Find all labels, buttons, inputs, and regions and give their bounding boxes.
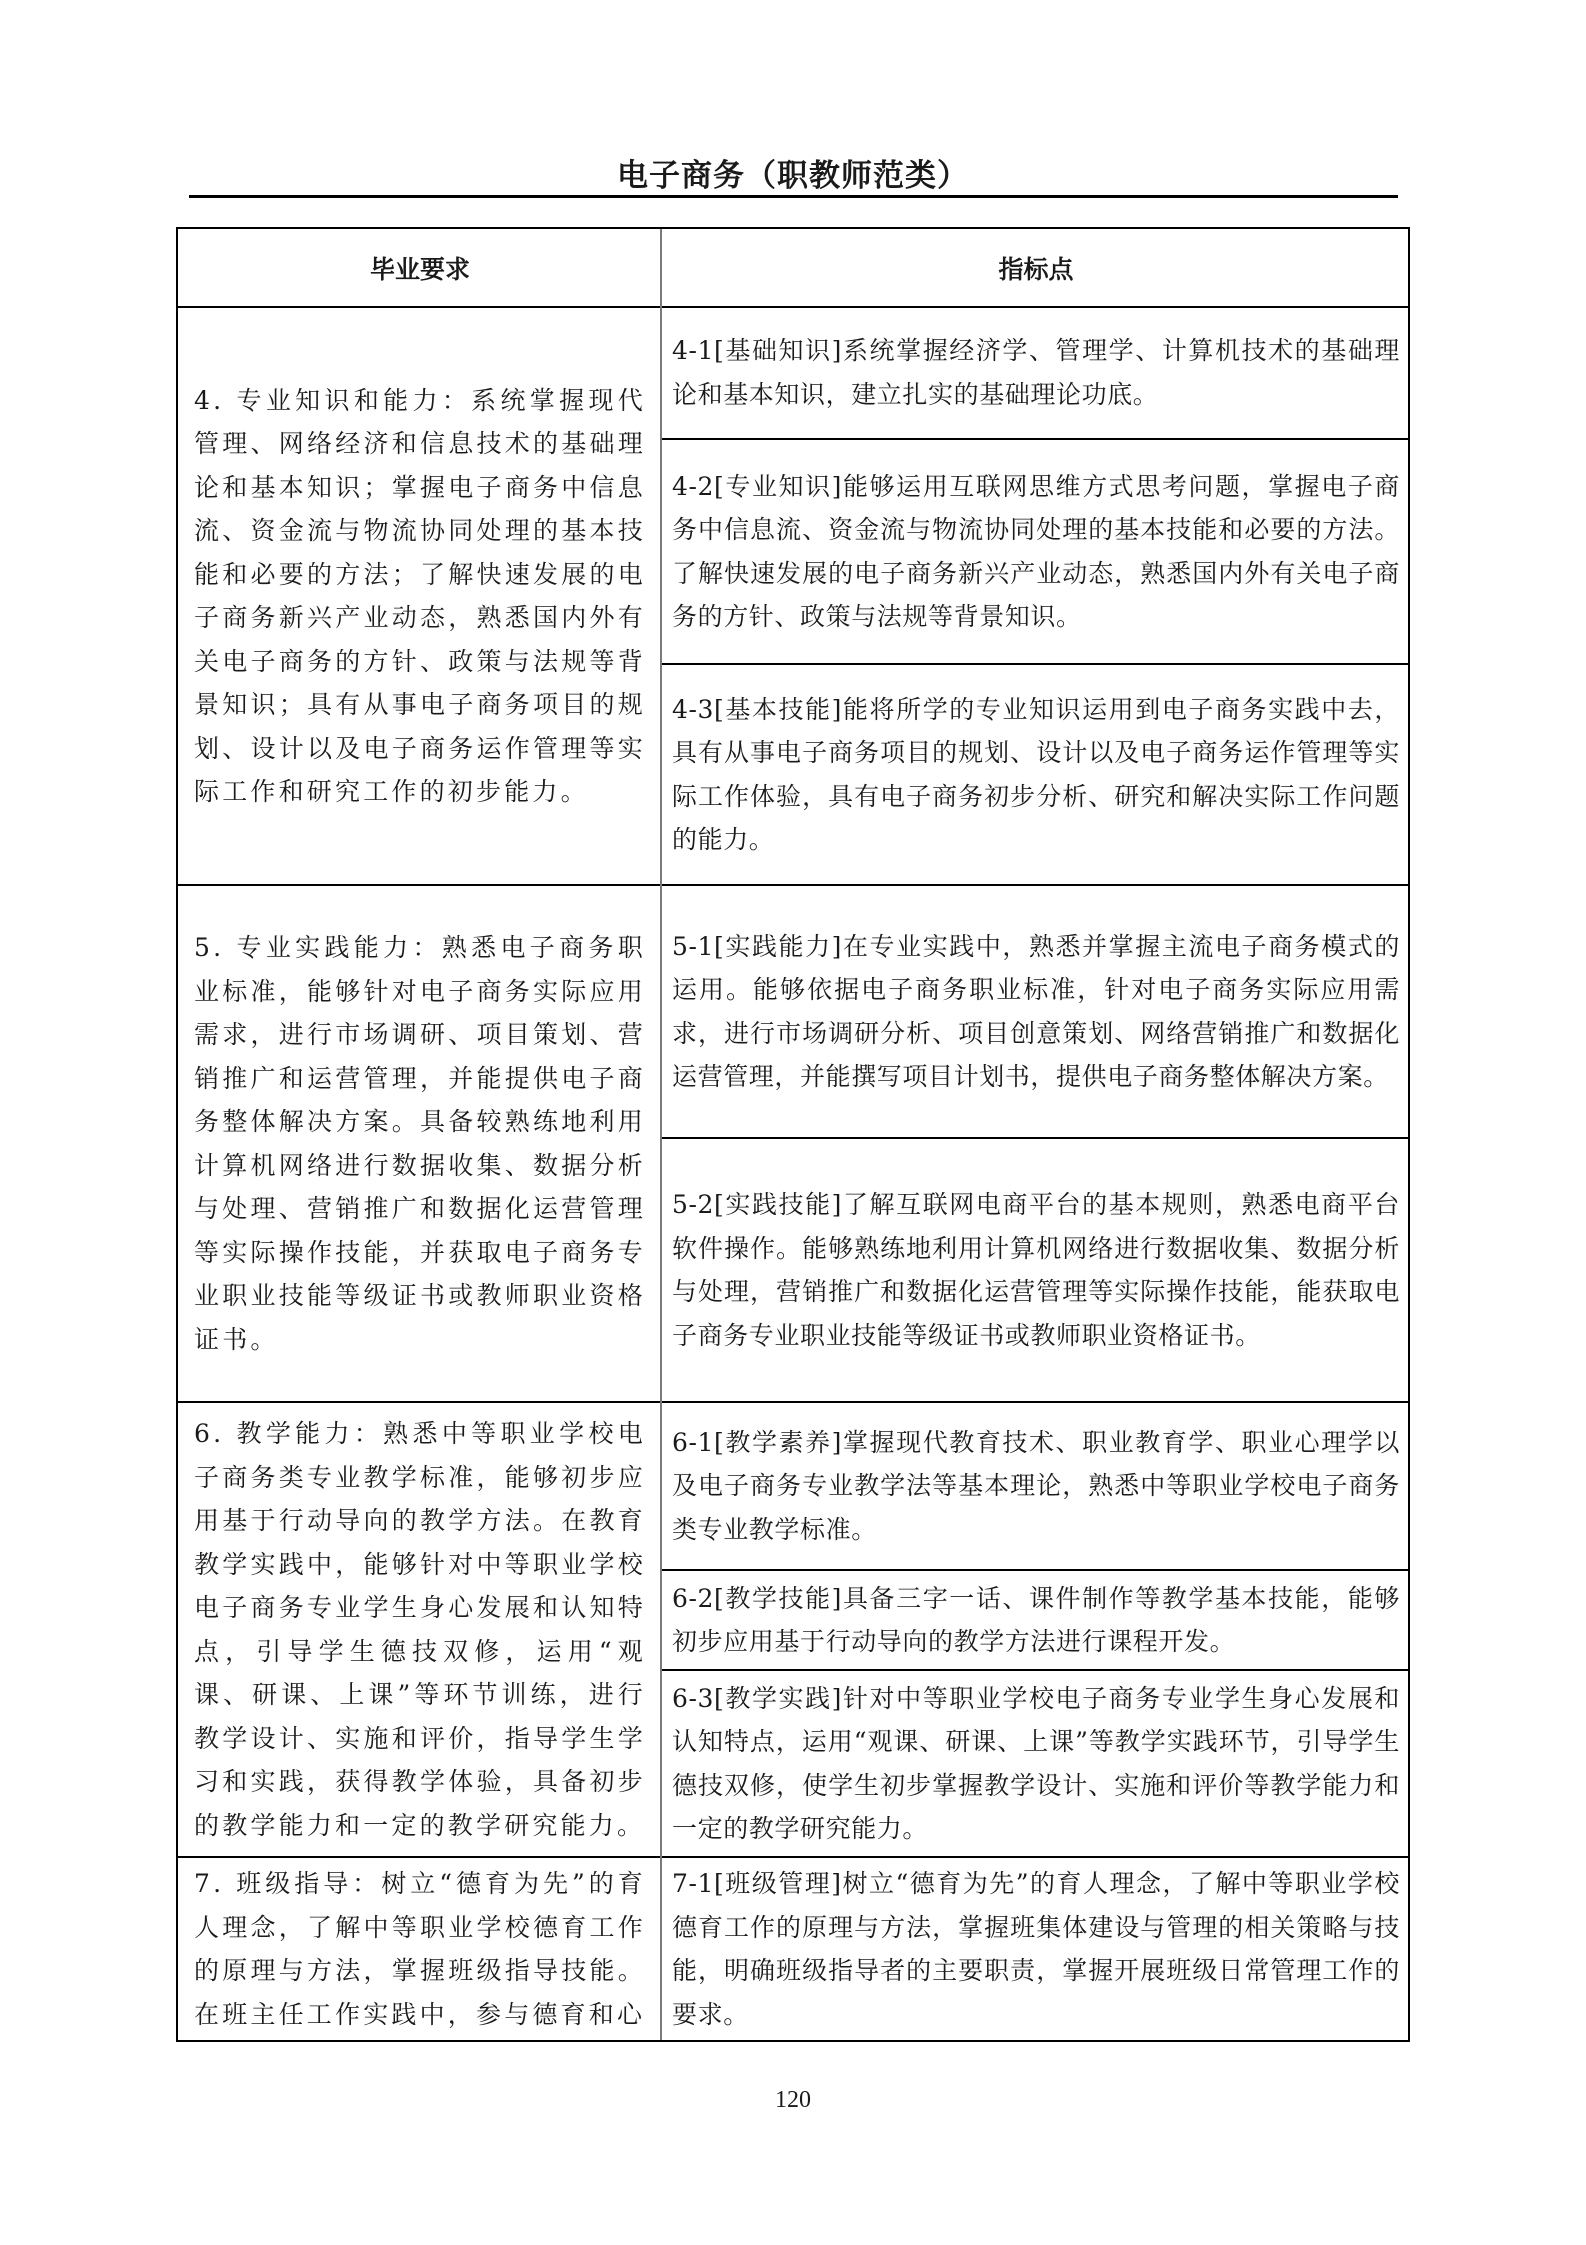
header-requirement: 毕业要求 — [178, 229, 660, 307]
indicator-text: 4-1[基础知识]系统掌握经济学、管理学、计算机技术的基础理论和基本知识，建立扎… — [672, 329, 1400, 416]
indicator-text: 7-1[班级管理]树立“德育为先”的育人理念，了解中等职业学校德育工作的原理与方… — [672, 1862, 1400, 2036]
indicator-cell-6-1: 6-1[教学素养]掌握现代教育技术、职业教育学、职业心理学以及电子商务专业教学法… — [662, 1403, 1410, 1569]
indicator-cell-4-1: 4-1[基础知识]系统掌握经济学、管理学、计算机技术的基础理论和基本知识，建立扎… — [662, 308, 1410, 437]
title-underline — [189, 195, 1398, 198]
indicator-text: 5-2[实践技能]了解互联网电商平台的基本规则，熟悉电商平台软件操作。能够熟练地… — [672, 1183, 1400, 1357]
header-indicator: 指标点 — [662, 229, 1410, 307]
indicator-cell-4-2: 4-2[专业知识]能够运用互联网思维方式思考问题，掌握电子商务中信息流、资金流与… — [662, 440, 1410, 663]
indicator-text: 4-3[基本技能]能将所学的专业知识运用到电子商务实践中去，具有从事电子商务项目… — [672, 688, 1400, 862]
indicator-cell-5-1: 5-1[实践能力]在专业实践中，熟悉并掌握主流电子商务模式的运用。能够依据电子商… — [662, 886, 1410, 1137]
header-requirement-label: 毕业要求 — [370, 250, 470, 286]
indicator-text: 6-3[教学实践]针对中等职业学校电子商务专业学生身心发展和认知特点，运用“观课… — [672, 1677, 1400, 1851]
graduation-requirements-table: 毕业要求 指标点 4. 专业知识和能力：系统掌握现代管理、网络经济和信息技术的基… — [176, 227, 1410, 2042]
requirement-cell-4: 4. 专业知识和能力：系统掌握现代管理、网络经济和信息技术的基础理论和基本知识；… — [178, 308, 660, 884]
indicator-cell-4-3: 4-3[基本技能]能将所学的专业知识运用到电子商务实践中去，具有从事电子商务项目… — [662, 665, 1410, 884]
indicator-cell-5-2: 5-2[实践技能]了解互联网电商平台的基本规则，熟悉电商平台软件操作。能够熟练地… — [662, 1139, 1410, 1401]
page-title: 电子商务（职教师范类） — [0, 150, 1586, 195]
indicator-text: 6-1[教学素养]掌握现代教育技术、职业教育学、职业心理学以及电子商务专业教学法… — [672, 1421, 1400, 1552]
indicator-cell-7-1: 7-1[班级管理]树立“德育为先”的育人理念，了解中等职业学校德育工作的原理与方… — [662, 1858, 1410, 2040]
requirement-cell-7: 7. 班级指导：树立“德育为先”的育人理念，了解中等职业学校德育工作的原理与方法… — [178, 1858, 660, 2040]
requirement-cell-6: 6. 教学能力：熟悉中等职业学校电子商务类专业教学标准，能够初步应用基于行动导向… — [178, 1403, 660, 1856]
indicator-text: 4-2[专业知识]能够运用互联网思维方式思考问题，掌握电子商务中信息流、资金流与… — [672, 465, 1400, 639]
requirement-cell-5: 5. 专业实践能力：熟悉电子商务职业标准，能够针对电子商务实际应用需求，进行市场… — [178, 886, 660, 1401]
requirement-text: 4. 专业知识和能力：系统掌握现代管理、网络经济和信息技术的基础理论和基本知识；… — [194, 379, 646, 814]
indicator-text: 6-2[教学技能]具备三字一话、课件制作等教学基本技能，能够初步应用基于行动导向… — [672, 1577, 1400, 1664]
indicator-cell-6-3: 6-3[教学实践]针对中等职业学校电子商务专业学生身心发展和认知特点，运用“观课… — [662, 1671, 1410, 1856]
column-divider — [660, 229, 662, 2040]
header-indicator-label: 指标点 — [998, 250, 1073, 286]
indicator-cell-6-2: 6-2[教学技能]具备三字一话、课件制作等教学基本技能，能够初步应用基于行动导向… — [662, 1571, 1410, 1669]
requirement-text: 7. 班级指导：树立“德育为先”的育人理念，了解中等职业学校德育工作的原理与方法… — [194, 1862, 646, 2036]
requirement-text: 5. 专业实践能力：熟悉电子商务职业标准，能够针对电子商务实际应用需求，进行市场… — [194, 926, 646, 1361]
indicator-text: 5-1[实践能力]在专业实践中，熟悉并掌握主流电子商务模式的运用。能够依据电子商… — [672, 925, 1400, 1099]
requirement-text: 6. 教学能力：熟悉中等职业学校电子商务类专业教学标准，能够初步应用基于行动导向… — [194, 1412, 646, 1847]
page-number: 120 — [0, 2087, 1586, 2114]
